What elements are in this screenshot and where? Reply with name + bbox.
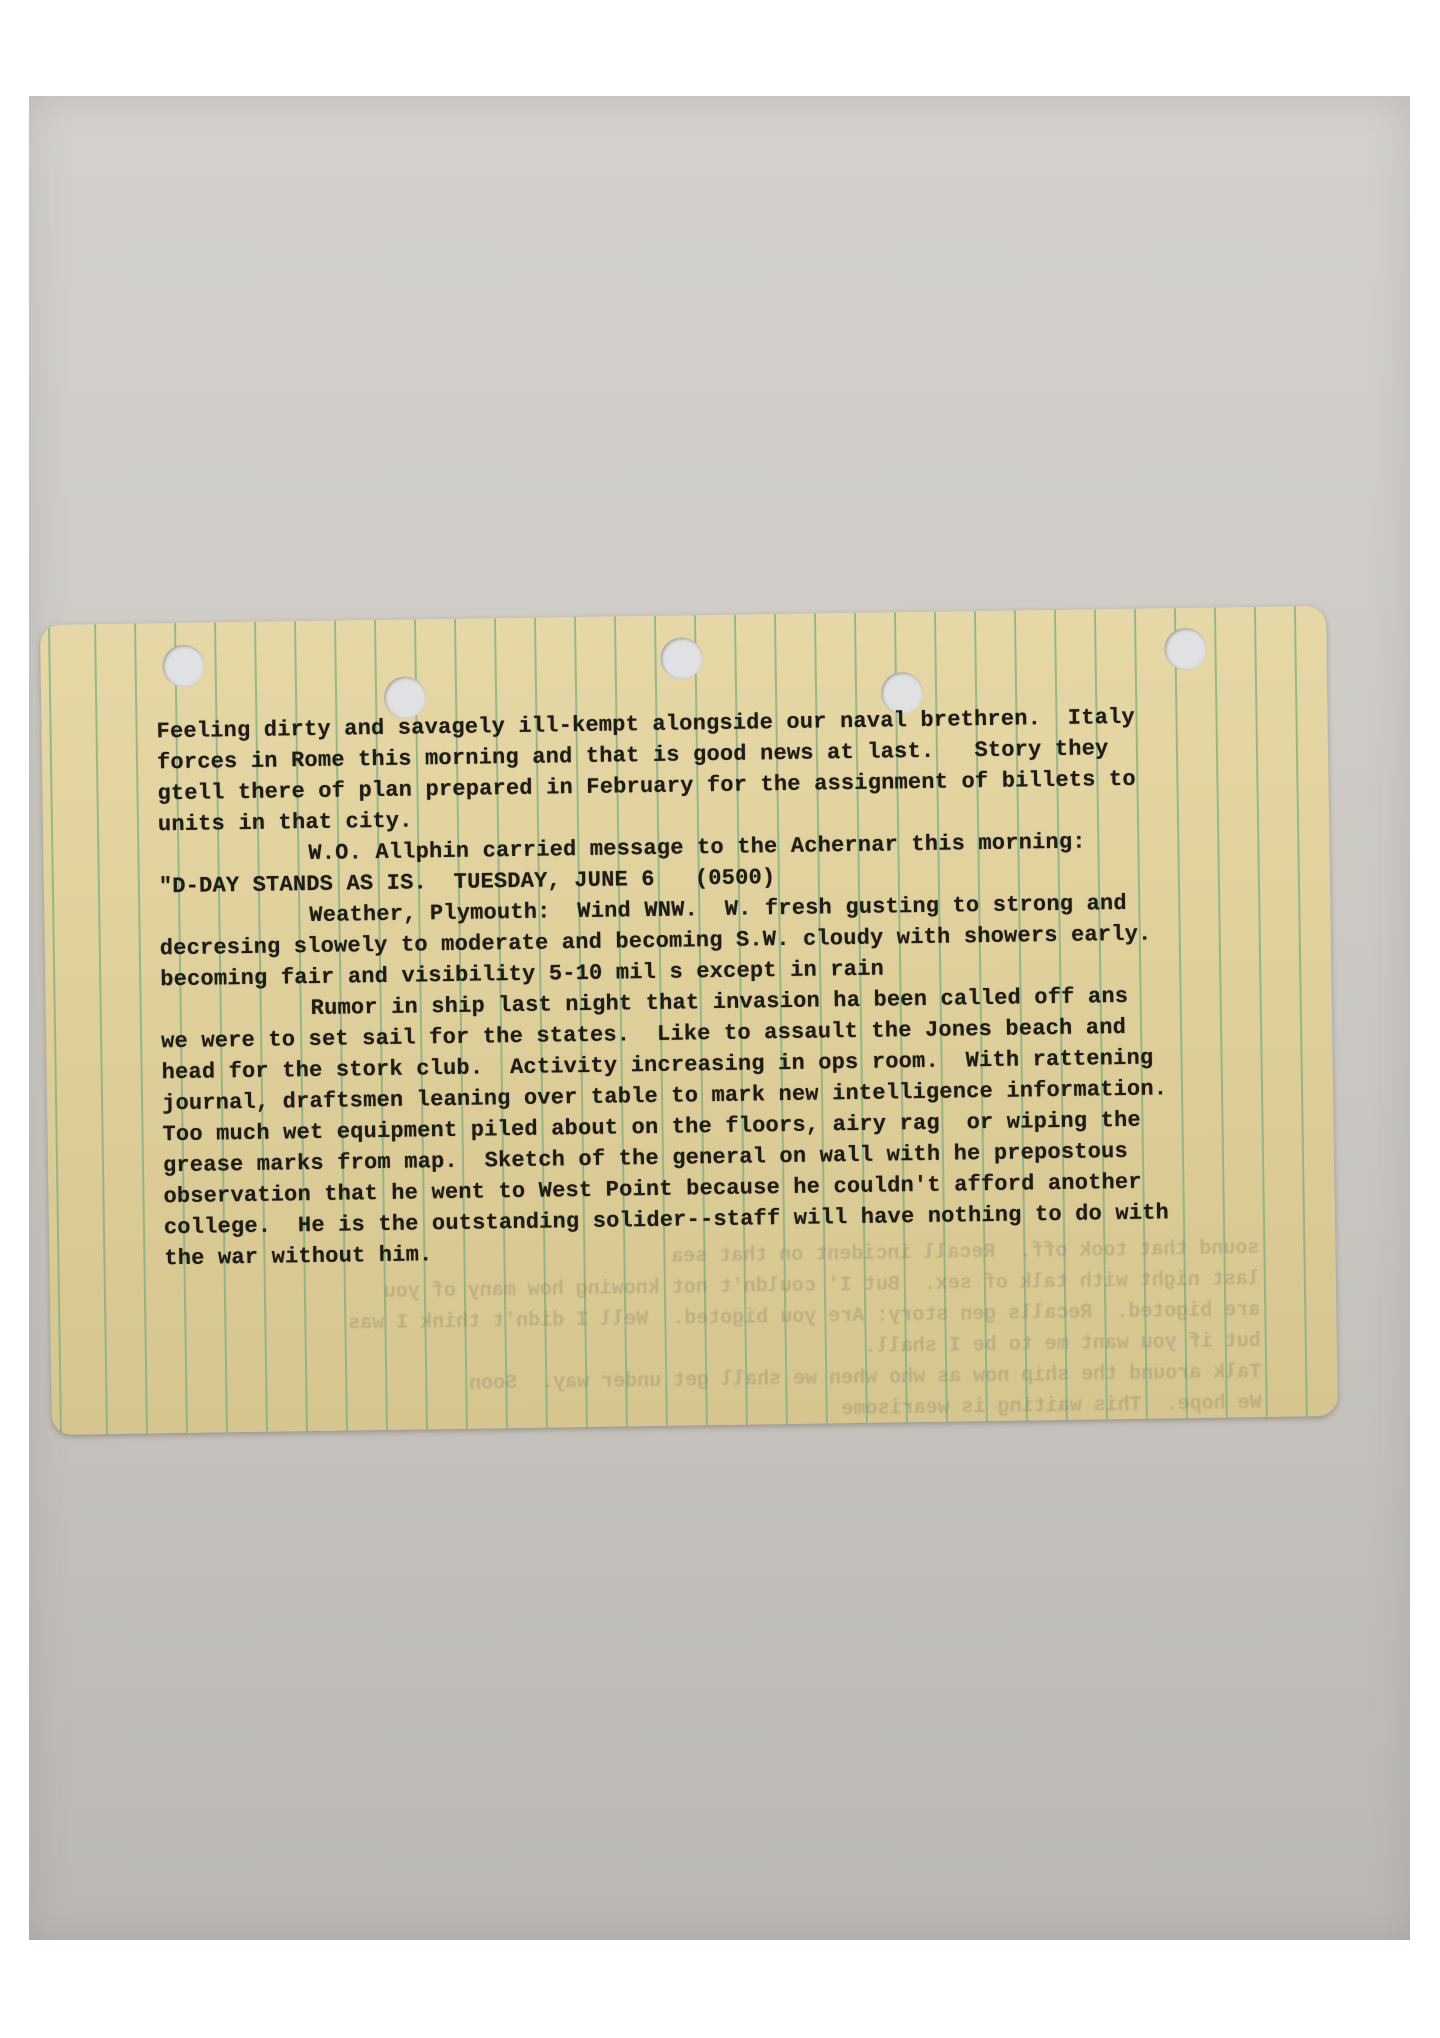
typewritten-text: Feeling dirty and savagely ill-kempt alo… [156,699,1324,1274]
index-card: sound that took off. Recall incident on … [40,606,1338,1435]
